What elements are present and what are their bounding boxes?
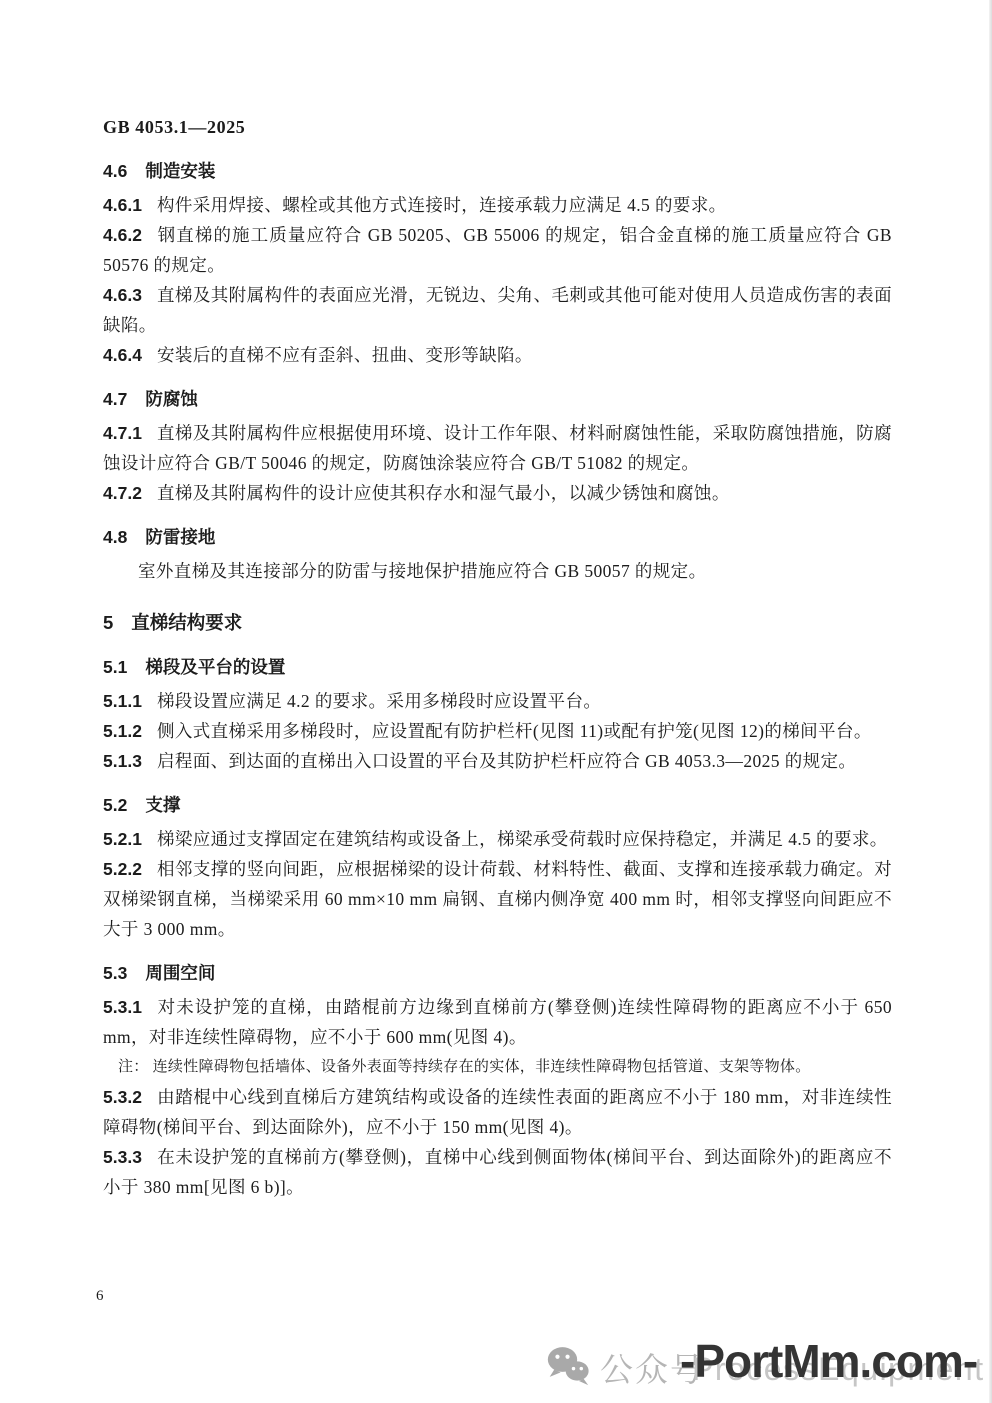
section-number: 4.6	[103, 161, 145, 181]
clause-number: 4.7.2	[103, 483, 157, 503]
watermark-overlay-text: -PortMm.com-	[680, 1334, 977, 1388]
clause-text: 在未设护笼的直梯前方(攀登侧)，直梯中心线到侧面物体(梯间平台、到达面除外)的距…	[103, 1147, 892, 1197]
section-number: 5.1	[103, 657, 145, 677]
section-title: 梯段及平台的设置	[145, 657, 285, 677]
clause-number: 5.1.3	[103, 751, 157, 771]
clause-5-3-3: 5.3.3在未设护笼的直梯前方(攀登侧)，直梯中心线到侧面物体(梯间平台、到达面…	[103, 1142, 892, 1202]
page-number: 6	[96, 1286, 104, 1306]
clause-number: 4.6.2	[103, 225, 157, 245]
chapter-heading-5: 5直梯结构要求	[103, 608, 892, 638]
clause-text: 对未设护笼的直梯，由踏棍前方边缘到直梯前方(攀登侧)连续性障碍物的距离应不小于 …	[103, 997, 892, 1047]
clause-4-6-3: 4.6.3直梯及其附属构件的表面应光滑，无锐边、尖角、毛刺或其他可能对使用人员造…	[103, 280, 892, 340]
clause-text: 梯段设置应满足 4.2 的要求。采用多梯段时应设置平台。	[157, 691, 601, 711]
clause-5-2-1: 5.2.1梯梁应通过支撑固定在建筑结构或设备上，梯梁承受荷载时应保持稳定，并满足…	[103, 824, 892, 854]
chapter-title: 直梯结构要求	[131, 612, 242, 633]
clause-text: 启程面、到达面的直梯出入口设置的平台及其防护栏杆应符合 GB 4053.3—20…	[157, 751, 856, 771]
clause-number: 4.6.1	[103, 195, 157, 215]
standard-number-header: GB 4053.1—2025	[103, 112, 892, 142]
clause-number: 5.2.2	[103, 859, 157, 879]
section-title: 支撑	[145, 795, 180, 815]
clause-number: 5.3.2	[103, 1087, 157, 1107]
section-heading-4-8: 4.8防雷接地	[103, 522, 892, 552]
clause-text: 直梯及其附属构件应根据使用环境、设计工作年限、材料耐腐蚀性能，采取防腐蚀措施，防…	[103, 423, 892, 473]
section-number: 4.7	[103, 389, 145, 409]
clause-number: 5.3.3	[103, 1147, 157, 1167]
section-heading-5-2: 5.2支撑	[103, 790, 892, 820]
clause-text: 由踏棍中心线到直梯后方建筑结构或设备的连续性表面的距离应不小于 180 mm，对…	[103, 1087, 892, 1137]
section-heading-4-6: 4.6制造安装	[103, 156, 892, 186]
section-heading-4-7: 4.7防腐蚀	[103, 384, 892, 414]
clause-text: 梯梁应通过支撑固定在建筑结构或设备上，梯梁承受荷载时应保持稳定，并满足 4.5 …	[157, 829, 888, 849]
clause-text: 安装后的直梯不应有歪斜、扭曲、变形等缺陷。	[157, 345, 533, 365]
section-title: 制造安装	[145, 161, 215, 181]
clause-number: 5.2.1	[103, 829, 157, 849]
clause-text: 相邻支撑的竖向间距，应根据梯梁的设计荷载、材料特性、截面、支撑和连接承载力确定。…	[103, 859, 892, 939]
clause-number: 4.6.4	[103, 345, 157, 365]
section-heading-5-1: 5.1梯段及平台的设置	[103, 652, 892, 682]
clause-5-2-2: 5.2.2相邻支撑的竖向间距，应根据梯梁的设计荷载、材料特性、截面、支撑和连接承…	[103, 854, 892, 944]
clause-text: 侧入式直梯采用多梯段时，应设置配有防护栏杆(见图 11)或配有护笼(见图 12)…	[157, 721, 872, 741]
clause-number: 5.3.1	[103, 997, 157, 1017]
watermark: 公众号 ProcessEquipment -PortMm.com-	[540, 1336, 992, 1400]
section-number: 5.3	[103, 963, 145, 983]
clause-text: 钢直梯的施工质量应符合 GB 50205、GB 55006 的规定，铝合金直梯的…	[103, 225, 892, 275]
chapter-number: 5	[103, 612, 131, 633]
document-page: GB 4053.1—2025 4.6制造安装 4.6.1构件采用焊接、螺栓或其他…	[0, 0, 992, 1403]
clause-5-3-2: 5.3.2由踏棍中心线到直梯后方建筑结构或设备的连续性表面的距离应不小于 180…	[103, 1082, 892, 1142]
clause-5-1-3: 5.1.3启程面、到达面的直梯出入口设置的平台及其防护栏杆应符合 GB 4053…	[103, 746, 892, 776]
clause-4-7-1: 4.7.1直梯及其附属构件应根据使用环境、设计工作年限、材料耐腐蚀性能，采取防腐…	[103, 418, 892, 478]
wechat-icon	[546, 1344, 590, 1391]
section-title: 周围空间	[145, 963, 215, 983]
clause-5-3-1: 5.3.1对未设护笼的直梯，由踏棍前方边缘到直梯前方(攀登侧)连续性障碍物的距离…	[103, 992, 892, 1052]
section-heading-5-3: 5.3周围空间	[103, 958, 892, 988]
clause-4-6-1: 4.6.1构件采用焊接、螺栓或其他方式连接时，连接承载力应满足 4.5 的要求。	[103, 190, 892, 220]
clause-number: 5.1.1	[103, 691, 157, 711]
section-number: 4.8	[103, 527, 145, 547]
clause-number: 4.6.3	[103, 285, 157, 305]
clause-5-1-1: 5.1.1梯段设置应满足 4.2 的要求。采用多梯段时应设置平台。	[103, 686, 892, 716]
note-5-3-1: 注：连续性障碍物包括墙体、设备外表面等持续存在的实体，非连续性障碍物包括管道、支…	[103, 1054, 892, 1080]
paragraph-4-8-body: 室外直梯及其连接部分的防雷与接地保护措施应符合 GB 50057 的规定。	[103, 556, 892, 586]
section-title: 防雷接地	[145, 527, 215, 547]
clause-text: 构件采用焊接、螺栓或其他方式连接时，连接承载力应满足 4.5 的要求。	[157, 195, 727, 215]
clause-number: 5.1.2	[103, 721, 157, 741]
clause-text: 直梯及其附属构件的设计应使其积存水和湿气最小，以减少锈蚀和腐蚀。	[157, 483, 730, 503]
clause-5-1-2: 5.1.2侧入式直梯采用多梯段时，应设置配有防护栏杆(见图 11)或配有护笼(见…	[103, 716, 892, 746]
note-label: 注：	[118, 1059, 153, 1075]
section-number: 5.2	[103, 795, 145, 815]
note-text: 连续性障碍物包括墙体、设备外表面等持续存在的实体，非连续性障碍物包括管道、支架等…	[153, 1059, 811, 1075]
clause-4-6-2: 4.6.2钢直梯的施工质量应符合 GB 50205、GB 55006 的规定，铝…	[103, 220, 892, 280]
clause-4-7-2: 4.7.2直梯及其附属构件的设计应使其积存水和湿气最小，以减少锈蚀和腐蚀。	[103, 478, 892, 508]
clause-4-6-4: 4.6.4安装后的直梯不应有歪斜、扭曲、变形等缺陷。	[103, 340, 892, 370]
clause-text: 直梯及其附属构件的表面应光滑，无锐边、尖角、毛刺或其他可能对使用人员造成伤害的表…	[103, 285, 892, 335]
section-title: 防腐蚀	[145, 389, 198, 409]
clause-number: 4.7.1	[103, 423, 157, 443]
